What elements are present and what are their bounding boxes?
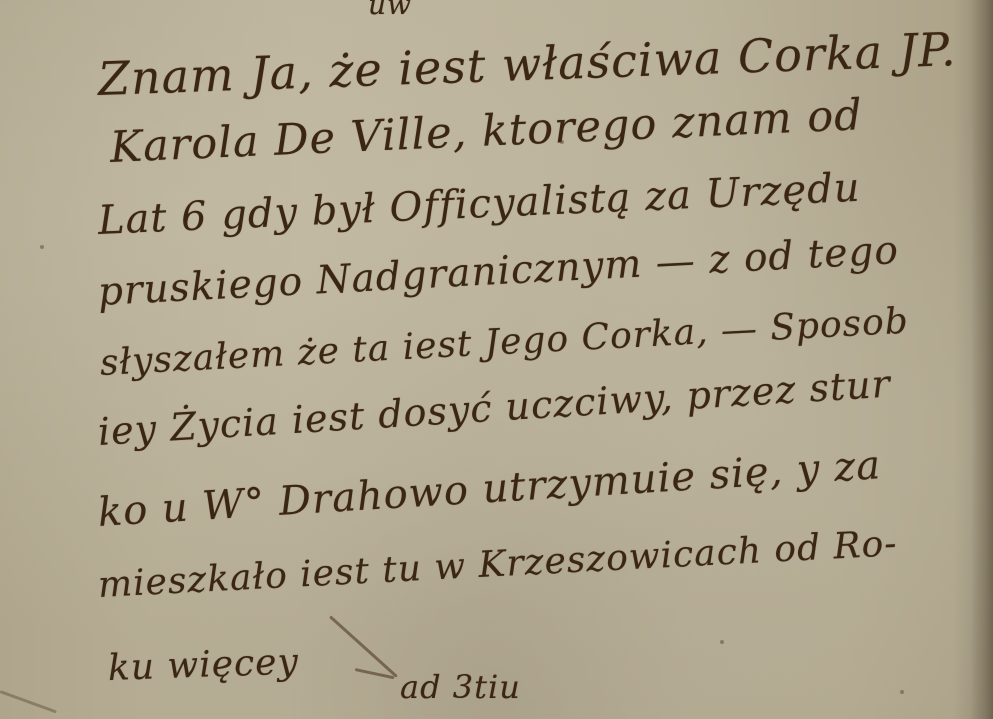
top-fragment-text: uw [368,0,412,21]
manuscript-page: uw Znam Ja, że iest właściwa Corka JP. K… [0,0,993,719]
manuscript-line-3: Lat 6 gdy był Officyalistą za Urzędu [97,165,861,244]
manuscript-line-4: pruskiego Nadgranicznym — z od tego [97,228,900,315]
manuscript-line-7: ko u W° Drahowo utrzymuie się, y za [97,442,883,536]
ink-stroke-left-margin [0,690,57,713]
closing-note: ad 3tiu [400,668,521,706]
paper-speck [900,690,904,694]
paper-speck [40,245,44,249]
manuscript-line-8: mieszkało iest tu w Krzeszowicach od Ro- [97,523,898,606]
paper-speck [850,110,854,114]
manuscript-line-9: ku więcey [107,641,299,689]
manuscript-line-2: Karola De Ville, ktorego znam od [109,90,864,173]
ink-stroke-diagonal [329,615,398,677]
paper-speck [720,640,724,644]
paper-speck [560,140,564,144]
page-edge-shadow [971,0,993,719]
